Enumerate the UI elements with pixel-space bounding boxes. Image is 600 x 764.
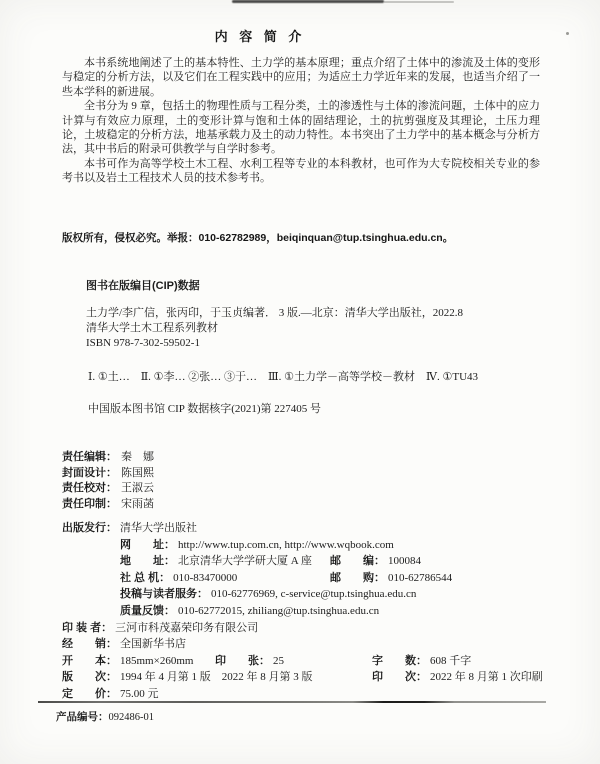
credit-row: 责任印制：宋雨菡 xyxy=(62,495,154,511)
book-copyright-page: 内 容 简 介 本书系统地阐述了土的基本特性、土力学的基本原理；重点介绍了土体中… xyxy=(0,0,600,764)
colophon-row: 网 址：http://www.tup.com.cn, http://www.wq… xyxy=(62,536,572,553)
colophon-segment: 地 址：北京清华大学学研大厦 A 座 xyxy=(120,552,312,568)
colophon-row: 投稿与读者服务：010-62776969, c-service@tup.tsin… xyxy=(62,585,572,602)
cip-heading: 图书在版编目(CIP)数据 xyxy=(86,277,200,293)
colophon-value: 185mm×260mm xyxy=(120,655,193,667)
credit-row: 责任校对：王淑云 xyxy=(62,479,154,495)
colophon-label: 邮 购： xyxy=(330,572,385,584)
credit-value: 宋雨菡 xyxy=(121,498,154,510)
colophon-row: 社 总 机：010-83470000邮 购：010-62786544 xyxy=(62,569,572,586)
credit-value: 陈国熙 xyxy=(121,467,154,479)
colophon-value: 北京清华大学学研大厦 A 座 xyxy=(178,555,312,567)
colophon-segment: 版 次：1994 年 4 月第 1 版 2022 年 8 月第 3 版 xyxy=(62,668,313,684)
cip-isbn-line: ISBN 978-7-302-59502-1 xyxy=(86,336,526,351)
colophon-row: 印 装 者：三河市科茂嘉荣印务有限公司 xyxy=(62,619,572,636)
credit-value: 王淑云 xyxy=(121,482,154,494)
colophon-segment: 印 次：2022 年 8 月第 1 次印刷 xyxy=(372,668,543,684)
colophon-value: 清华大学出版社 xyxy=(120,522,197,534)
colophon-label: 投稿与读者服务： xyxy=(120,588,208,600)
colophon-row: 出版发行：清华大学出版社 xyxy=(62,519,572,536)
colophon-value: 010-62786544 xyxy=(388,572,452,584)
colophon-segment: 定 价：75.00 元 xyxy=(62,685,159,701)
colophon-segment: 出版发行：清华大学出版社 xyxy=(62,519,197,535)
colophon-label: 印 装 者： xyxy=(62,622,112,634)
colophon-row: 版 次：1994 年 4 月第 1 版 2022 年 8 月第 3 版印 次：2… xyxy=(62,668,572,685)
cip-series-line: 清华大学土木工程系列教材 xyxy=(86,321,526,336)
colophon-value: 010-62772015, zhiliang@tup.tsinghua.edu.… xyxy=(178,605,379,617)
colophon-row: 定 价：75.00 元 xyxy=(62,685,572,702)
scan-artifact-top-2 xyxy=(384,1,454,3)
colophon-segment: 邮 购：010-62786544 xyxy=(330,569,452,585)
copyright-notice: 版权所有，侵权必究。举报：010-62782989，beiqinquan@tup… xyxy=(62,230,542,245)
colophon-label: 印 张： xyxy=(215,655,270,667)
colophon-value: 75.00 元 xyxy=(120,688,159,700)
colophon-label: 版 次： xyxy=(62,671,117,683)
intro-paragraphs: 本书系统地阐述了土的基本特性、土力学的基本原理；重点介绍了土体中的渗流及土体的变… xyxy=(62,56,540,186)
colophon-value: 100084 xyxy=(388,555,421,567)
colophon-segment: 印 装 者：三河市科茂嘉荣印务有限公司 xyxy=(62,619,258,635)
colophon-label: 字 数： xyxy=(372,655,427,667)
colophon-value: http://www.tup.com.cn, http://www.wqbook… xyxy=(178,539,394,551)
colophon-label: 印 次： xyxy=(372,671,427,683)
colophon-segment: 经 销：全国新华书店 xyxy=(62,635,186,651)
colophon-value: 2022 年 8 月第 1 次印刷 xyxy=(430,671,543,683)
colophon-value: 010-83470000 xyxy=(173,572,237,584)
colophon-label: 质量反馈： xyxy=(120,605,175,617)
colophon-segment: 字 数：608 千字 xyxy=(372,652,471,668)
intro-paragraph: 全书分为 9 章，包括土的物理性质与工程分类，土的渗透性与土体的渗流问题，土体中… xyxy=(62,99,540,157)
credit-row: 封面设计：陈国熙 xyxy=(62,464,154,480)
colophon-row: 地 址：北京清华大学学研大厦 A 座邮 编：100084 xyxy=(62,552,572,569)
colophon-label: 地 址： xyxy=(120,555,175,567)
colophon-label: 邮 编： xyxy=(330,555,385,567)
intro-paragraph: 本书系统地阐述了土的基本特性、土力学的基本原理；重点介绍了土体中的渗流及土体的变… xyxy=(62,56,540,99)
cip-record-line: 中国版本图书馆 CIP 数据核字(2021)第 227405 号 xyxy=(88,400,528,416)
cip-block: 土力学/李广信，张丙印，于玉贞编著． 3 版.—北京：清华大学出版社，2022.… xyxy=(86,306,526,352)
credits-block: 责任编辑：秦 娜封面设计：陈国熙责任校对：王淑云责任印制：宋雨菡 xyxy=(62,448,154,510)
colophon-label: 网 址： xyxy=(120,539,175,551)
scan-speck xyxy=(566,32,569,35)
colophon-label: 出版发行： xyxy=(62,522,117,534)
product-code: 产品编号：092486-01 xyxy=(56,709,154,724)
colophon-label: 开 本： xyxy=(62,655,117,667)
product-code-label: 产品编号： xyxy=(56,711,109,723)
intro-paragraph: 本书可作为高等学校土木工程、水利工程等专业的本科教材，也可作为大专院校相关专业的… xyxy=(62,157,540,186)
colophon-block: 出版发行：清华大学出版社网 址：http://www.tup.com.cn, h… xyxy=(62,519,572,702)
colophon-value: 010-62776969, c-service@tup.tsinghua.edu… xyxy=(211,588,416,600)
credit-label: 责任编辑： xyxy=(62,451,117,463)
colophon-label: 经 销： xyxy=(62,638,117,650)
scan-artifact-top xyxy=(232,0,384,3)
credit-row: 责任编辑：秦 娜 xyxy=(62,448,154,464)
colophon-value: 全国新华书店 xyxy=(120,638,186,650)
credit-label: 封面设计： xyxy=(62,467,117,479)
colophon-value: 1994 年 4 月第 1 版 2022 年 8 月第 3 版 xyxy=(120,671,313,683)
colophon-segment: 社 总 机：010-83470000 xyxy=(120,569,237,585)
colophon-segment: 印 张：25 xyxy=(215,652,284,668)
colophon-value: 三河市科茂嘉荣印务有限公司 xyxy=(115,622,258,634)
colophon-row: 经 销：全国新华书店 xyxy=(62,635,572,652)
page-title: 内 容 简 介 xyxy=(0,26,520,45)
credit-label: 责任校对： xyxy=(62,482,117,494)
colophon-row: 质量反馈：010-62772015, zhiliang@tup.tsinghua… xyxy=(62,602,572,619)
colophon-segment: 网 址：http://www.tup.com.cn, http://www.wq… xyxy=(120,536,394,552)
colophon-label: 定 价： xyxy=(62,688,117,700)
credit-value: 秦 娜 xyxy=(121,451,154,463)
divider-rule xyxy=(38,701,546,703)
colophon-value: 608 千字 xyxy=(430,655,471,667)
colophon-segment: 开 本：185mm×260mm xyxy=(62,652,193,668)
cip-book-line: 土力学/李广信，张丙印，于玉贞编著． 3 版.—北京：清华大学出版社，2022.… xyxy=(86,306,526,321)
colophon-value: 25 xyxy=(273,655,284,667)
colophon-row: 开 本：185mm×260mm印 张：25字 数：608 千字 xyxy=(62,652,572,669)
cip-classification-line: Ⅰ. ①土… Ⅱ. ①李… ②张… ③于… Ⅲ. ①土力学－高等学校－教材 Ⅳ.… xyxy=(88,368,558,384)
credit-label: 责任印制： xyxy=(62,498,117,510)
colophon-label: 社 总 机： xyxy=(120,572,170,584)
colophon-segment: 邮 编：100084 xyxy=(330,552,421,568)
colophon-segment: 质量反馈：010-62772015, zhiliang@tup.tsinghua… xyxy=(120,602,379,618)
colophon-segment: 投稿与读者服务：010-62776969, c-service@tup.tsin… xyxy=(120,585,416,601)
product-code-value: 092486-01 xyxy=(109,712,155,723)
